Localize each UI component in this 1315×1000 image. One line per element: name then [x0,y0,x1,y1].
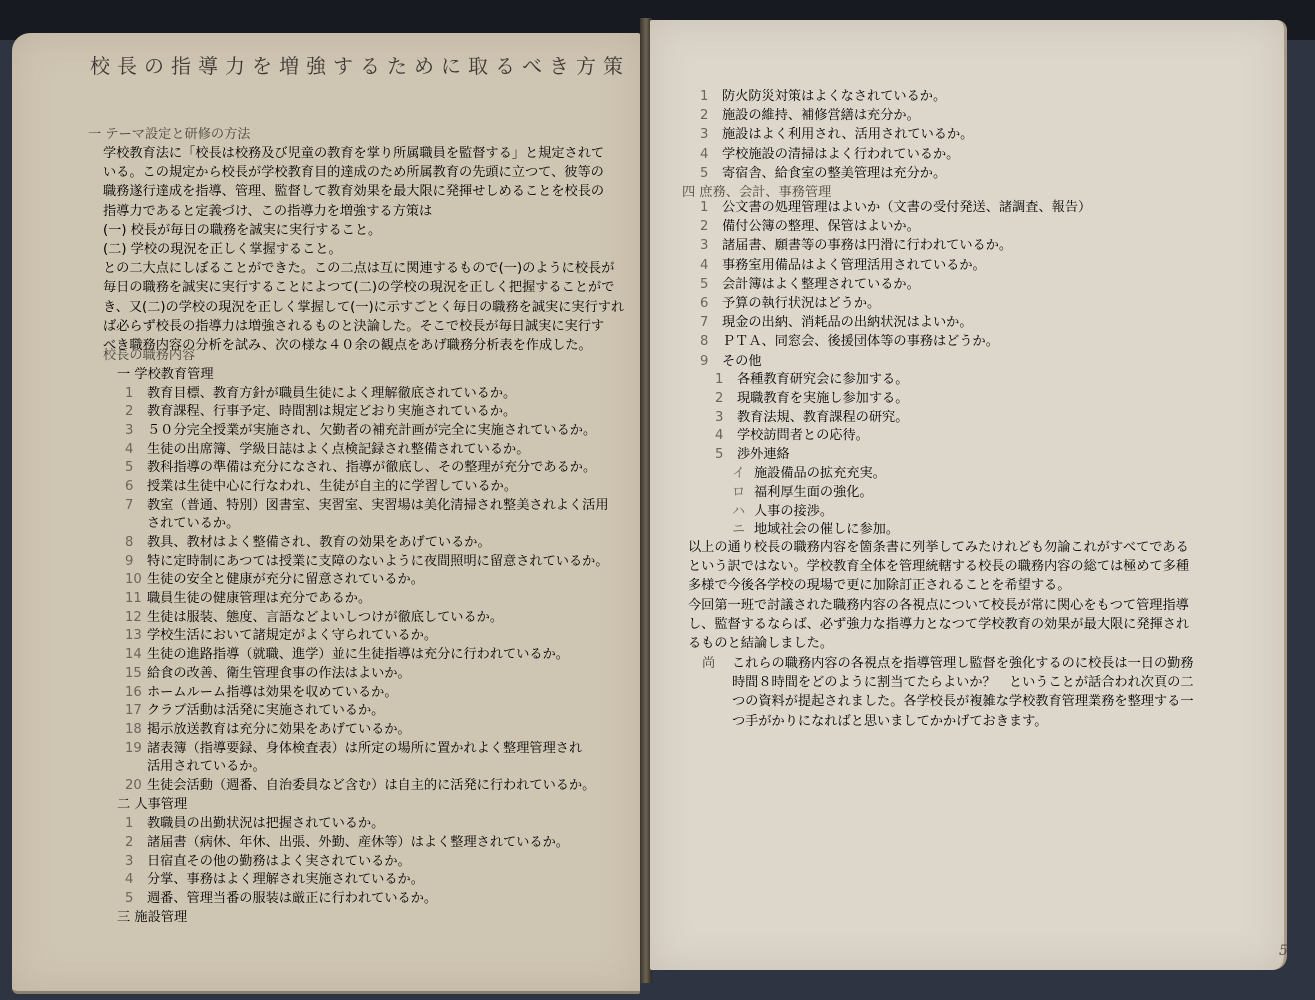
facility-item: 3施設はよく利用され、活用されているか。 [700,125,973,144]
item-text: 会計簿はよく整理されているか。 [722,275,920,294]
item-text: 公文書の処理管理はよいか（文書の受付発送、諸調査、報告） [722,198,1091,217]
paragraph-line: ば必らず校長の指導力は増強されるものと決論した。そこで校長が毎日誠実に実行す [103,317,624,336]
item-text: 生徒の出席簿、学級日誌はよく点検記録され整備されているか。 [147,440,529,459]
note-paragraph: これらの職務内容の各視点を指導管理し監督を強化するのに校長は一日の勤務時間８時間… [732,654,1194,731]
item-number: 3 [125,852,147,871]
facility-item: 1防火防災対策はよくなされているか。 [700,87,973,106]
item-number: 3 [700,125,722,144]
item-text: 給食の改善、衛生管理食事の作法はよいか。 [147,664,411,683]
item-number: 11 [125,589,147,608]
item-text: 諸届書（病休、年休、出張、外勤、産休等）はよく整理されているか。 [147,833,569,852]
item-number: 1 [125,384,147,403]
item-text: 授業は生徒中心に行なわれ、生徒が自主的に学習しているか。 [147,477,517,496]
conclusion-line: という訳ではない。学校教育全体を管理統轄する校長の職務内容の総ては極めて多種 [688,557,1189,576]
item-text: 教室（普通、特別）図書室、実習室、実習場は美化清掃され整美されよく活用 [147,496,609,515]
paragraph-line: き、又(二)の学校の現況を正しく掌握して(一)に示すごとく毎日の職務を誠実に実行… [103,298,624,317]
item-number: 13 [125,626,147,645]
duty-item: 16ホームルーム指導は効果を収めているか。 [125,683,609,702]
duty-item: 10生徒の安全と健康が充分に留意されているか。 [125,570,609,589]
item-number: 16 [125,683,147,702]
item-text: 職員生徒の健康管理は充分であるか。 [147,589,371,608]
item-text: 生徒の安全と健康が充分に留意されているか。 [147,570,424,589]
item-number: 1 [700,198,722,217]
duty-item: 5教科指導の準備は充分になされ、指導が徹底し、その整理が充分であるか。 [125,458,609,477]
item-number [125,757,147,776]
item-text: 事務室用備品はよく管理活用されているか。 [722,256,986,275]
duty-item: 1教育目標、教育方針が職員生徒によく理解徹底されているか。 [125,384,609,403]
item-text: 諸届書、願書等の事務は円滑に行われているか。 [722,236,1012,255]
duty-item: 2教育課程、行事予定、時間割は規定どおり実施されているか。 [125,402,609,421]
admin-item: 5会計簿はよく整理されているか。 [700,275,1091,294]
item-text: ホームルーム指導は効果を収めているか。 [147,683,398,702]
item-text: 活用されているか。 [147,757,266,776]
item-number: 6 [700,294,722,313]
item-number: ハ [732,502,754,521]
item-text: 生徒は服装、態度、言語などよいしつけが徹底しているか。 [147,608,503,627]
item-number: 7 [700,313,722,332]
duties-list: 一 学校教育管理1教育目標、教育方針が職員生徒によく理解徹底されているか。2教育… [103,365,609,927]
other-item: 2現職教育を実施し参加する。 [715,389,908,408]
item-number: 2 [700,106,722,125]
other-item: 1各種教育研究会に参加する。 [715,370,908,389]
admin-item: 6予算の執行状況はどうか。 [700,294,1091,313]
item-text: 特に定時制にあつては授業に支障のないように夜間照明に留意されているか。 [147,552,609,571]
duty-item: 18掲示放送教育は充分に効果をあげているか。 [125,720,609,739]
conclusion-line: るものと結論しました。 [688,634,1189,653]
duty-item: 1教職員の出勤状況は把握されているか。 [125,814,609,833]
item-text: 地域社会の催しに参加。 [754,520,899,539]
conclusion-line: 多様で今後各学校の現場で更に加除訂正されることを希望する。 [688,576,1189,595]
note-label: 尚 [702,654,715,673]
duty-item: 9特に定時制にあつては授業に支障のないように夜間照明に留意されているか。 [125,552,609,571]
item-text: クラブ活動は活発に実施されているか。 [147,701,384,720]
duty-item: 活用されているか。 [125,757,609,776]
paragraph-line: いる。この規定から校長が学校教育目的達成のため所属教育の先頭に立つて、彼等の [103,163,624,182]
duty-item: 3５０分完全授業が実施され、欠勤者の補充計画が完全に実施されているか。 [125,421,609,440]
item-number: 17 [125,701,147,720]
item-number: 5 [125,458,147,477]
intro-heading: 一 テーマ設定と研修の方法 [88,125,250,144]
item-number: 5 [700,275,722,294]
item-number: 4 [700,256,722,275]
item-text: 渉外連絡 [737,445,790,464]
item-text: 福利厚生面の強化。 [754,483,873,502]
duty-item: 4分掌、事務はよく理解され実施されているか。 [125,870,609,889]
item-number: 3 [125,421,147,440]
item-text: 現職教育を実施し参加する。 [737,389,908,408]
duty-item: 3日宿直その他の勤務はよく実されているか。 [125,852,609,871]
item-text: 施設の維持、補修営繕は充分か。 [722,106,920,125]
item-text: 分掌、事務はよく理解され実施されているか。 [147,870,424,889]
section4-list: 1公文書の処理管理はよいか（文書の受付発送、諸調査、報告）2備付公簿の整理、保管… [700,198,1091,371]
note-line: これらの職務内容の各視点を指導管理し監督を強化するのに校長は一日の勤務 [732,654,1194,673]
item-text: 教育目標、教育方針が職員生徒によく理解徹底されているか。 [147,384,516,403]
item-number: 5 [125,889,147,908]
item-number: ニ [732,520,754,539]
item-number: 14 [125,645,147,664]
duty-item: 19諸表簿（指導要録、身体検査表）は所定の場所に置かれよく整理管理され [125,739,609,758]
note-line: 時間８時間をどのように割当てたらよいか？ ということが話合われ次頁の二 [732,673,1194,692]
conclusion-line: 今回第一班で討議された職務内容の各視点について校長が常に関心をもつて管理指導 [688,596,1189,615]
item-number: 8 [700,332,722,351]
item-text: 人事の接渉。 [754,502,833,521]
item-number: 1 [125,814,147,833]
duty-item: 6授業は生徒中心に行なわれ、生徒が自主的に学習しているか。 [125,477,609,496]
item-number: 20 [125,776,147,795]
item-number: 3 [700,236,722,255]
item-text: 備付公簿の整理、保管はよいか。 [722,217,920,236]
duty-item: 2諸届書（病休、年休、出張、外勤、産休等）はよく整理されているか。 [125,833,609,852]
item-number: 10 [125,570,147,589]
facility-item: 5寄宿舎、給食室の整美管理は充分か。 [700,164,973,183]
duty-item: 17クラブ活動は活発に実施されているか。 [125,701,609,720]
admin-item: 2備付公簿の整理、保管はよいか。 [700,217,1091,236]
conclusion-paragraph: 以上の通り校長の職務内容を箇条書に列挙してみたけれども勿論これがすべてであるとい… [688,538,1189,653]
admin-item: 3諸届書、願書等の事務は円滑に行われているか。 [700,236,1091,255]
liaison-item: ハ人事の接渉。 [732,502,899,521]
paragraph-line: 職務遂行達成を指導、管理、監督して教育効果を最大限に発揮せしめることを校長の [103,182,624,201]
item-text: 週番、管理当番の服装は厳正に行われているか。 [147,889,437,908]
other-item: 3教育法規、教育課程の研究。 [715,408,908,427]
intro-paragraph: 学校教育法に「校長は校務及び児童の教育を掌り所属職員を監督する」と規定されている… [103,144,624,355]
item-text: 日宿直その他の勤務はよく実されているか。 [147,852,411,871]
liaison-item: ニ地域社会の催しに参加。 [732,520,899,539]
duty-item: されているか。 [125,514,609,533]
section-heading: 二 人事管理 [103,795,609,815]
liaison-item: イ施設備品の拡充充実。 [732,464,899,483]
item-text: 生徒会活動（週番、自治委員など含む）は自主的に活発に行われているか。 [147,776,595,795]
item-text: 学校施設の清掃はよく行われているか。 [722,145,959,164]
item-text: 施設はよく利用され、活用されているか。 [722,125,973,144]
item-text: 学校訪問者との応待。 [737,426,869,445]
item-text: 教育課程、行事予定、時間割は規定どおり実施されているか。 [147,402,516,421]
item-number: 4 [715,426,737,445]
section-heading: 一 学校教育管理 [103,365,609,384]
item-text: 学校生活において諸規定がよく守られているか。 [147,626,437,645]
item-text: 教具、教材はよく整備され、教育の効果をあげているか。 [147,533,491,552]
paragraph-line: との二大点にしぼることができた。この二点は互に関連するもので(一)のように校長が [103,259,624,278]
item-number: 2 [715,389,737,408]
item-number: 4 [125,870,147,889]
note-line: つの資料が提起されました。各学校長が複雑な学校教育管理業務を整理する一 [732,692,1194,711]
item-text: 各種教育研究会に参加する。 [737,370,908,389]
paragraph-line: 指導力であると定義づけ、この指導力を増強する方策は [103,202,624,221]
item-number: 18 [125,720,147,739]
item-number: 2 [125,402,147,421]
other-item: 5渉外連絡 [715,445,908,464]
item-number: ロ [732,483,754,502]
admin-item: 7現金の出納、消耗品の出納状況はよいか。 [700,313,1091,332]
item-number: 3 [715,408,737,427]
item-text: されているか。 [147,514,239,533]
facility-item: 2施設の維持、補修営繕は充分か。 [700,106,973,125]
item-number: 9 [700,352,722,371]
duties-heading: 校長の職務内容 [103,346,195,365]
item-text: その他 [722,352,762,371]
item-text: ５０分完全授業が実施され、欠勤者の補充計画が完全に実施されているか。 [147,421,596,440]
item-text: 予算の執行状況はどうか。 [722,294,880,313]
other-list: 1各種教育研究会に参加する。2現職教育を実施し参加する。3教育法規、教育課程の研… [715,370,908,464]
note-line: つ手がかりになればと思いましてかかげておきます。 [732,712,1194,731]
item-text: 生徒の進路指導（就職、進学）並に生徒指導は充分に行われているか。 [147,645,569,664]
item-number: 2 [125,833,147,852]
item-number: 4 [700,145,722,164]
duty-item: 11職員生徒の健康管理は充分であるか。 [125,589,609,608]
item-number: 12 [125,608,147,627]
facility-item: 4学校施設の清掃はよく行われているか。 [700,145,973,164]
liaison-list: イ施設備品の拡充充実。ロ福利厚生面の強化。ハ人事の接渉。ニ地域社会の催しに参加。 [732,464,899,539]
item-text: 諸表簿（指導要録、身体検査表）は所定の場所に置かれよく整理管理され [147,739,582,758]
item-number: 7 [125,496,147,515]
admin-item: 1公文書の処理管理はよいか（文書の受付発送、諸調査、報告） [700,198,1091,217]
document-title: 校長の指導力を増強するために取るべき方策 [90,50,630,79]
admin-item: 9その他 [700,352,1091,371]
item-text: 現金の出納、消耗品の出納状況はよいか。 [722,313,973,332]
duty-item: 4生徒の出席簿、学級日誌はよく点検記録され整備されているか。 [125,440,609,459]
duty-item: 13学校生活において諸規定がよく守られているか。 [125,626,609,645]
item-number: 9 [125,552,147,571]
item-number: 4 [125,440,147,459]
facility-list: 1防火防災対策はよくなされているか。2施設の維持、補修営繕は充分か。3施設はよく… [700,87,973,183]
duty-item: 20生徒会活動（週番、自治委員など含む）は自主的に活発に行われているか。 [125,776,609,795]
conclusion-line: 以上の通り校長の職務内容を箇条書に列挙してみたけれども勿論これがすべてである [688,538,1189,557]
item-number: 5 [700,164,722,183]
item-number: 1 [715,370,737,389]
paragraph-line: (一) 校長が毎日の職務を誠実に実行すること。 [103,221,624,240]
item-text: 教育法規、教育課程の研究。 [737,408,908,427]
item-text: 教職員の出勤状況は把握されているか。 [147,814,384,833]
duty-item: 7教室（普通、特別）図書室、実習室、実習場は美化清掃され整美されよく活用 [125,496,609,515]
duty-item: 12生徒は服装、態度、言語などよいしつけが徹底しているか。 [125,608,609,627]
item-text: 掲示放送教育は充分に効果をあげているか。 [147,720,411,739]
item-number: イ [732,464,754,483]
section-heading: 三 施設管理 [103,908,609,928]
item-number [125,514,147,533]
item-text: 教科指導の準備は充分になされ、指導が徹底し、その整理が充分であるか。 [147,458,596,477]
item-text: ＰＴＡ、同窓会、後援団体等の事務はどうか。 [722,332,999,351]
liaison-item: ロ福利厚生面の強化。 [732,483,899,502]
item-number: 6 [125,477,147,496]
duty-item: 15給食の改善、衛生管理食事の作法はよいか。 [125,664,609,683]
admin-item: 8ＰＴＡ、同窓会、後援団体等の事務はどうか。 [700,332,1091,351]
paragraph-line: (二) 学校の現況を正しく掌握すること。 [103,240,624,259]
admin-item: 4事務室用備品はよく管理活用されているか。 [700,256,1091,275]
item-number: 15 [125,664,147,683]
item-number: 19 [125,739,147,758]
duty-item: 5週番、管理当番の服装は厳正に行われているか。 [125,889,609,908]
paragraph-line: 学校教育法に「校長は校務及び児童の教育を掌り所属職員を監督する」と規定されて [103,144,624,163]
item-number: 8 [125,533,147,552]
duty-item: 8教具、教材はよく整備され、教育の効果をあげているか。 [125,533,609,552]
conclusion-line: し、監督するならば、必ず強力な指導力となつて学校教育の効果が最大限に発揮され [688,615,1189,634]
paragraph-line: 毎日の職務を誠実に実行することによつて(二)の学校の現況を正しく把握することがで [103,278,624,297]
item-number: 2 [700,217,722,236]
item-number: 5 [715,445,737,464]
page-number: 5 [1279,943,1288,959]
duty-item: 14生徒の進路指導（就職、進学）並に生徒指導は充分に行われているか。 [125,645,609,664]
item-text: 防火防災対策はよくなされているか。 [722,87,946,106]
item-text: 施設備品の拡充充実。 [754,464,886,483]
other-item: 4学校訪問者との応待。 [715,426,908,445]
item-number: 1 [700,87,722,106]
item-text: 寄宿舎、給食室の整美管理は充分か。 [722,164,946,183]
